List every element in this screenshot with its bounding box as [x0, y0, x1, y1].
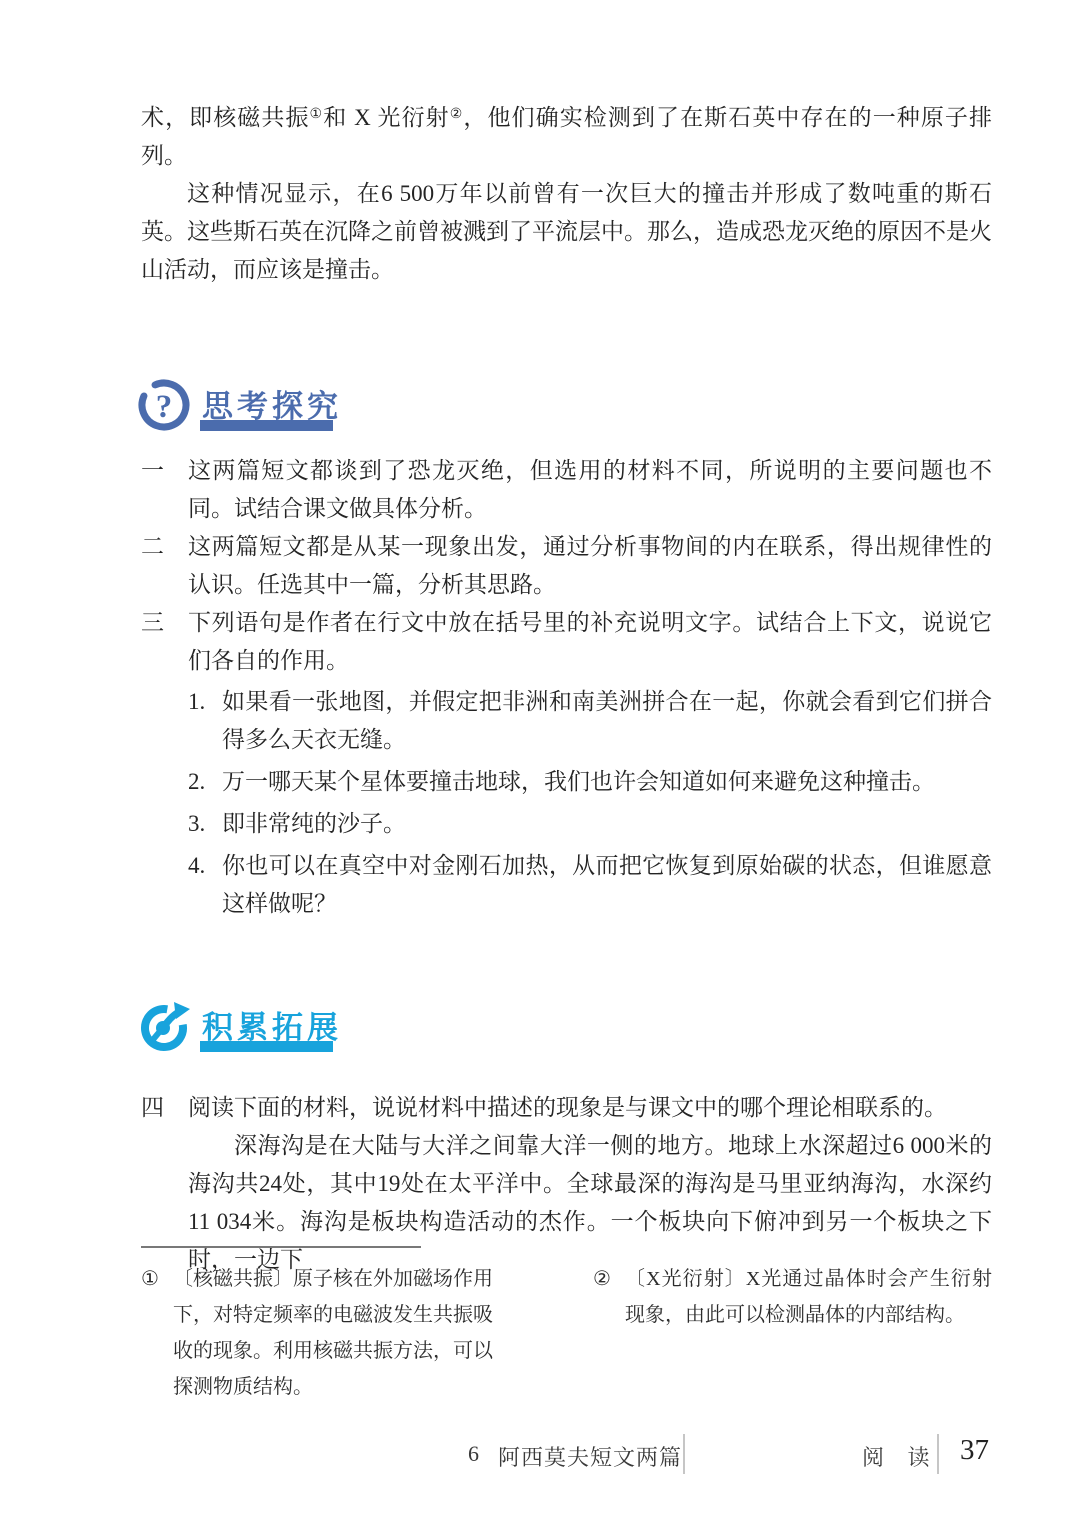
section-header-expand: 积累拓展 — [138, 1000, 558, 1062]
lesson-number: 6 — [468, 1441, 479, 1467]
subitem-number: 3. — [188, 805, 222, 843]
footer-divider — [683, 1434, 685, 1474]
footnote-text: 〔X光衍射〕X光通过晶体时会产生衍射现象，由此可以检测晶体的内部结构。 — [625, 1261, 992, 1333]
paragraph-2: 这种情况显示，在6 500万年以前曾有一次巨大的撞击并形成了数吨重的斯石英。这些… — [141, 175, 992, 289]
footnote-area: ① 〔核磁共振〕原子核在外加磁场作用下，对特定频率的电磁波发生共振吸收的现象。利… — [141, 1246, 992, 1405]
circular-arrow-icon — [138, 1000, 190, 1052]
subitem-text: 你也可以在真空中对金刚石加热，从而把它恢复到原始碳的状态，但谁愿意这样做呢？ — [222, 847, 992, 923]
question-number: 四 — [141, 1089, 188, 1127]
subitem-text: 万一哪天某个星体要撞击地球，我们也许会知道如何来避免这种撞击。 — [222, 763, 992, 801]
question-text: 这两篇短文都谈到了恐龙灭绝，但选用的材料不同，所说明的主要问题也不同。试结合课文… — [188, 452, 992, 528]
footnote-ref-2-marker: ② — [450, 107, 464, 122]
question-number: 三 — [141, 604, 188, 642]
page-number: 37 — [960, 1434, 989, 1467]
unit-label: 阅 读 — [862, 1441, 939, 1472]
lesson-title: 阿西莫夫短文两篇 — [498, 1441, 682, 1472]
section-title-underline — [200, 420, 333, 431]
question-text: 这两篇短文都是从某一现象出发，通过分析事物间的内在联系，得出规律性的认识。任选其… — [188, 528, 992, 604]
footer-divider — [937, 1434, 939, 1474]
question-circle-icon: ? — [138, 379, 190, 431]
subitem-number: 4. — [188, 847, 222, 923]
footnote-2: ② 〔X光衍射〕X光通过晶体时会产生衍射现象，由此可以检测晶体的内部结构。 — [593, 1261, 992, 1405]
subitem-number: 1. — [188, 683, 222, 759]
subitem-4: 4. 你也可以在真空中对金刚石加热，从而把它恢复到原始碳的状态，但谁愿意这样做呢… — [188, 847, 992, 923]
question-item-2: 二 这两篇短文都是从某一现象出发，通过分析事物间的内在联系，得出规律性的认识。任… — [141, 528, 992, 604]
section-header-think: ? 思考探究 — [138, 379, 558, 441]
footnote-term: 〔X光衍射〕 — [625, 1268, 746, 1290]
subitem-3: 3. 即非常纯的沙子。 — [188, 805, 992, 843]
question-list: 一 这两篇短文都谈到了恐龙灭绝，但选用的材料不同，所说明的主要问题也不同。试结合… — [141, 452, 992, 927]
subitem-text: 如果看一张地图，并假定把非洲和南美洲拼合在一起，你就会看到它们拼合得多么天衣无缝… — [222, 683, 992, 759]
textbook-page: 术，即核磁共振①和 X 光衍射②，他们确实检测到了在斯石英中存在的一种原子排列。… — [0, 0, 1080, 1526]
question-number: 二 — [141, 528, 188, 566]
question-text: 下列语句是作者在行文中放在括号里的补充说明文字。试结合上下文，说说它们各自的作用… — [188, 604, 992, 927]
subitem-text: 即非常纯的沙子。 — [222, 805, 992, 843]
section-title-underline — [200, 1041, 333, 1052]
footnote-term: 〔核磁共振〕 — [173, 1268, 293, 1290]
text-segment: 和 X 光衍射 — [323, 105, 450, 130]
footnote-text: 〔核磁共振〕原子核在外加磁场作用下，对特定频率的电磁波发生共振吸收的现象。利用核… — [173, 1261, 493, 1405]
paragraph-1: 术，即核磁共振①和 X 光衍射②，他们确实检测到了在斯石英中存在的一种原子排列。 — [141, 99, 992, 175]
footnote-number: ① — [141, 1261, 173, 1297]
question-text-main: 下列语句是作者在行文中放在括号里的补充说明文字。试结合上下文，说说它们各自的作用… — [188, 604, 992, 680]
question-item-3: 三 下列语句是作者在行文中放在括号里的补充说明文字。试结合上下文，说说它们各自的… — [141, 604, 992, 927]
footnote-columns: ① 〔核磁共振〕原子核在外加磁场作用下，对特定频率的电磁波发生共振吸收的现象。利… — [141, 1261, 992, 1405]
footnote-1: ① 〔核磁共振〕原子核在外加磁场作用下，对特定频率的电磁波发生共振吸收的现象。利… — [141, 1261, 493, 1405]
subitem-number: 2. — [188, 763, 222, 801]
subitem-list: 1. 如果看一张地图，并假定把非洲和南美洲拼合在一起，你就会看到它们拼合得多么天… — [188, 683, 992, 923]
text-segment: 术，即核磁共振 — [141, 105, 310, 130]
question-text-main: 阅读下面的材料，说说材料中描述的现象是与课文中的哪个理论相联系的。 — [188, 1089, 992, 1127]
svg-text:?: ? — [156, 389, 173, 425]
subitem-1: 1. 如果看一张地图，并假定把非洲和南美洲拼合在一起，你就会看到它们拼合得多么天… — [188, 683, 992, 759]
question-number: 一 — [141, 452, 188, 490]
page-footer: 6 阿西莫夫短文两篇 阅 读 37 — [0, 1434, 1080, 1494]
question-item-1: 一 这两篇短文都谈到了恐龙灭绝，但选用的材料不同，所说明的主要问题也不同。试结合… — [141, 452, 992, 528]
subitem-2: 2. 万一哪天某个星体要撞击地球，我们也许会知道如何来避免这种撞击。 — [188, 763, 992, 801]
body-text: 术，即核磁共振①和 X 光衍射②，他们确实检测到了在斯石英中存在的一种原子排列。… — [141, 99, 992, 289]
footnote-ref-1-marker: ① — [310, 107, 324, 122]
footnote-divider — [141, 1246, 421, 1248]
footnote-number: ② — [593, 1261, 625, 1297]
